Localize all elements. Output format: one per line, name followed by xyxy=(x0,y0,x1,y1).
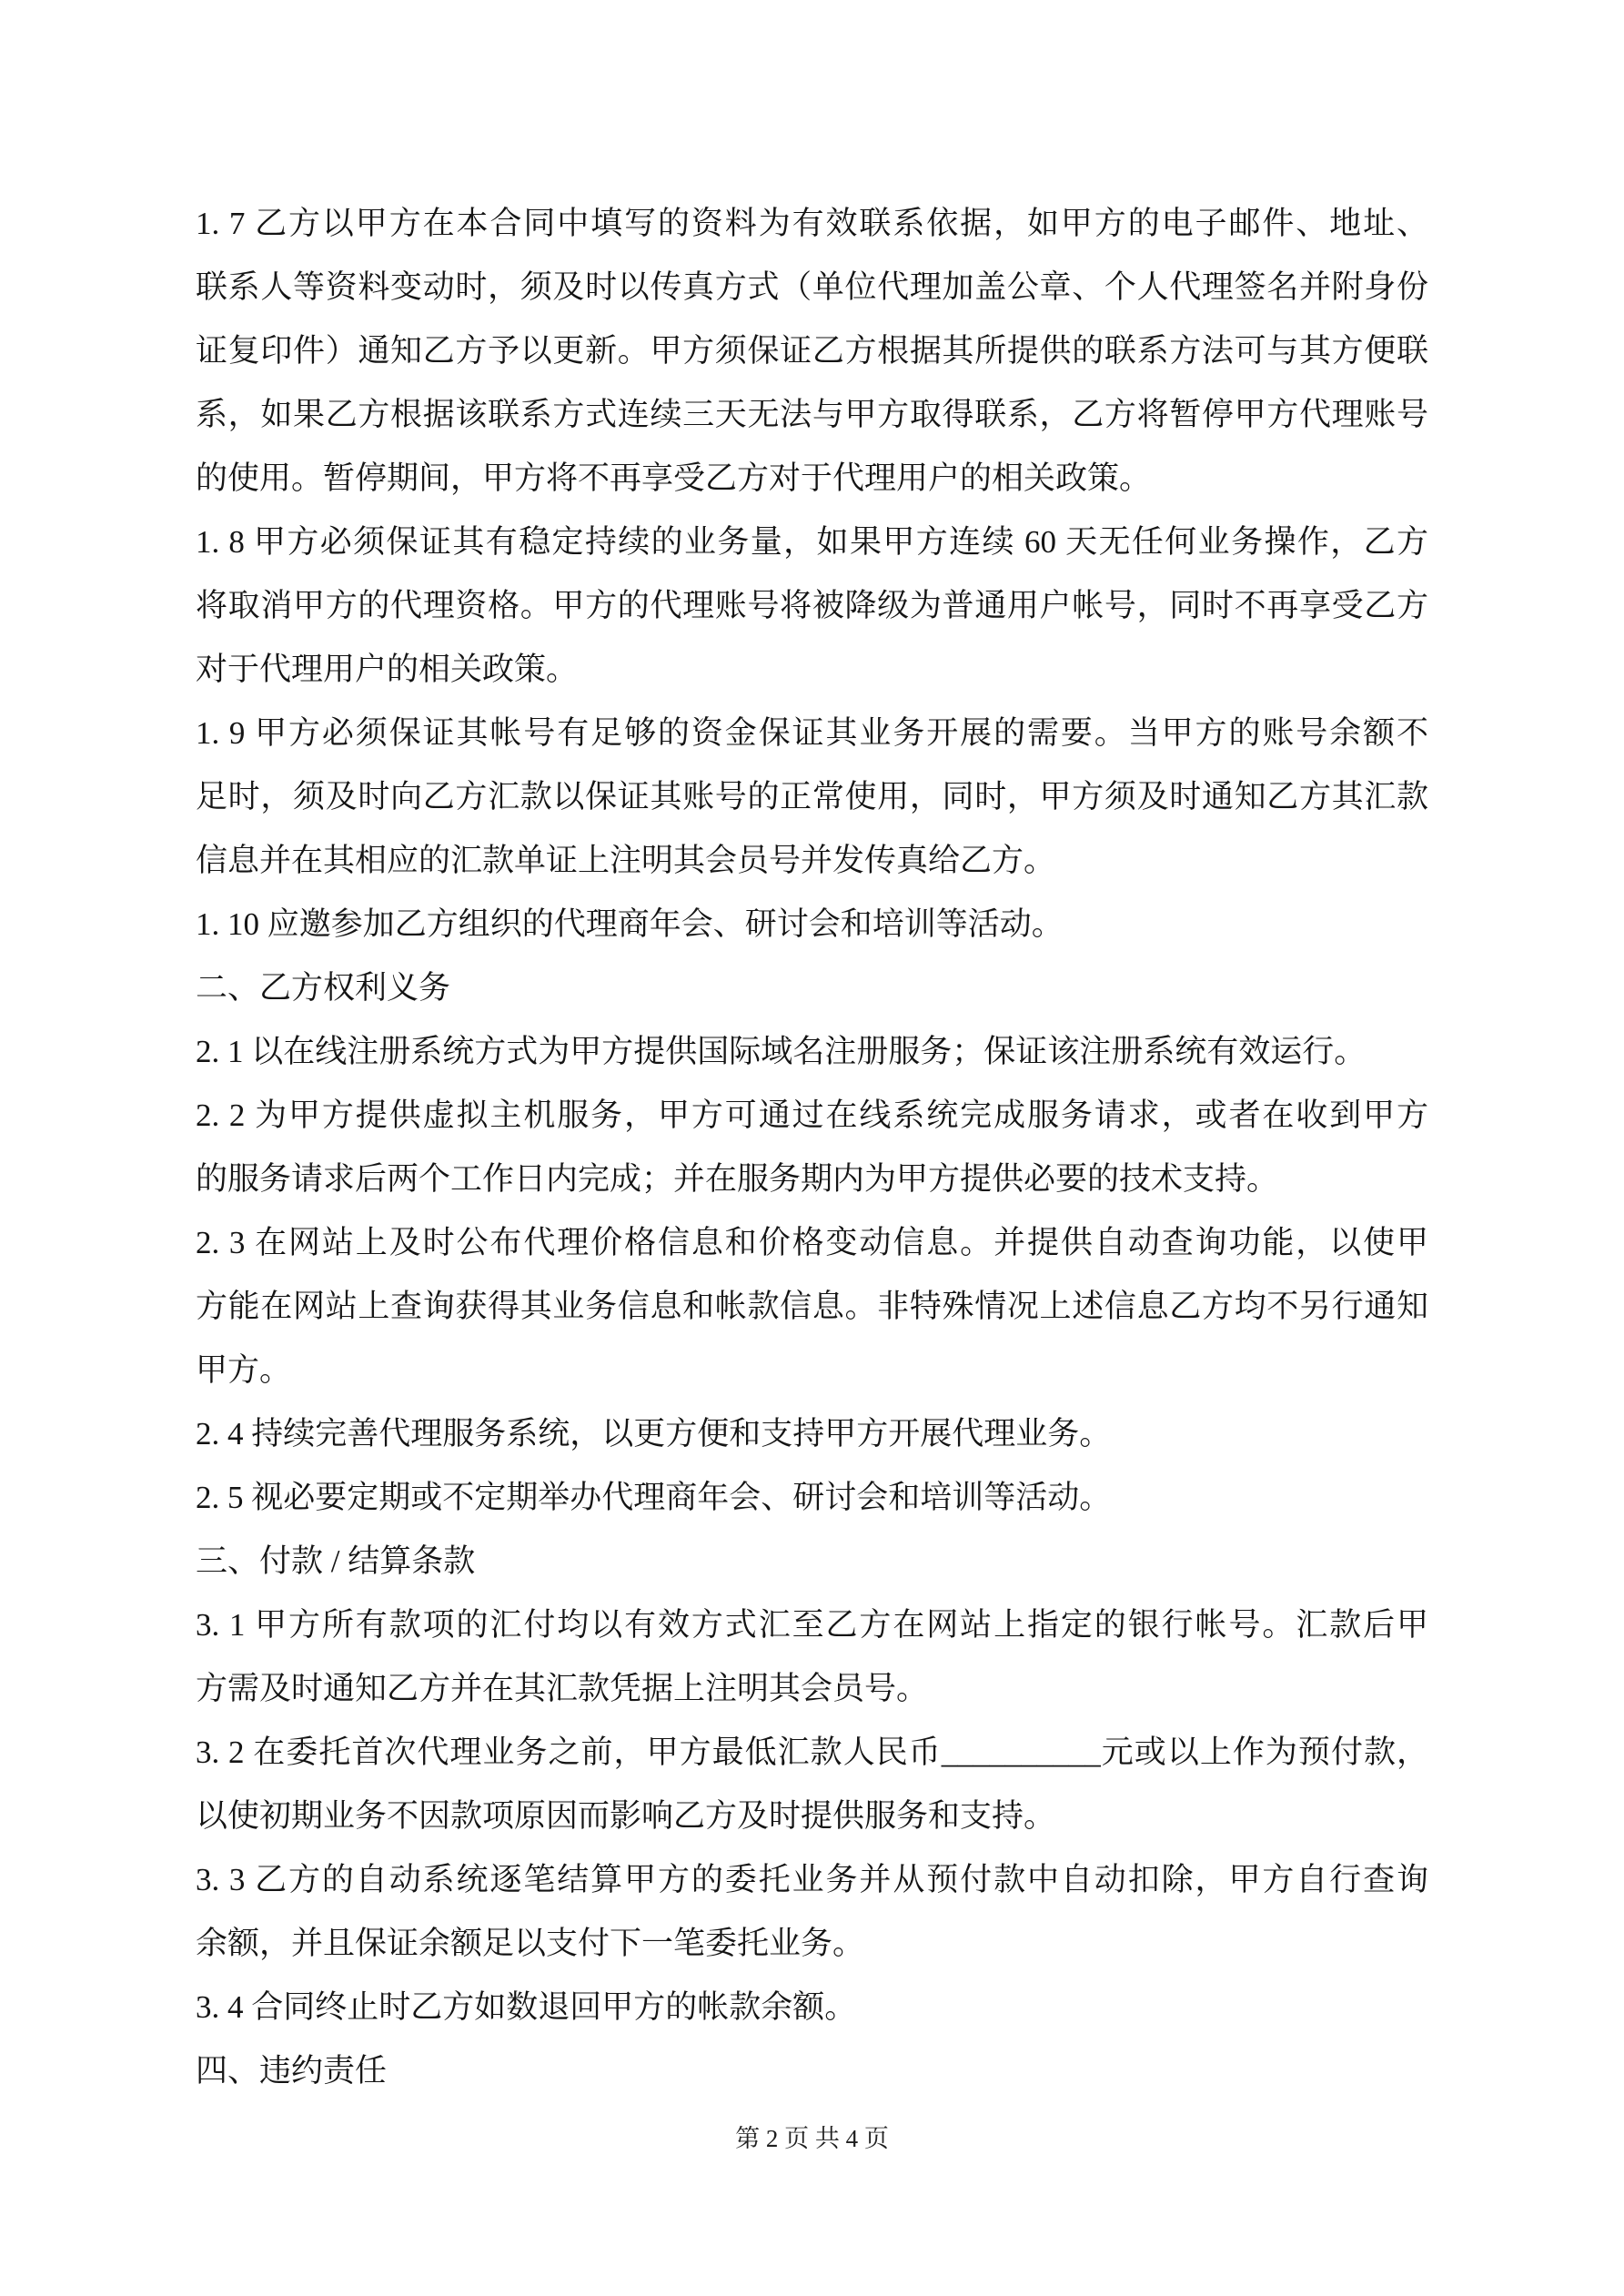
text-line: 2. 4 持续完善代理服务系统，以更方便和支持甲方开展代理业务。 xyxy=(196,1402,1428,1466)
text-line: 证复印件）通知乙方予以更新。甲方须保证乙方根据其所提供的联系方法可与其方便联 xyxy=(196,319,1428,383)
text-line: 3. 4 合同终止时乙方如数退回甲方的帐款余额。 xyxy=(196,1976,1428,2039)
clause-2-5: 2. 5 视必要定期或不定期举办代理商年会、研讨会和培训等活动。 xyxy=(196,1466,1428,1530)
clause-2-1: 2. 1 以在线注册系统方式为甲方提供国际域名注册服务；保证该注册系统有效运行。 xyxy=(196,1020,1428,1084)
text-line: 2. 5 视必要定期或不定期举办代理商年会、研讨会和培训等活动。 xyxy=(196,1466,1428,1530)
clause-1-9: 1. 9 甲方必须保证其帐号有足够的资金保证其业务开展的需要。当甲方的账号余额不… xyxy=(196,702,1428,893)
clause-3-4: 3. 4 合同终止时乙方如数退回甲方的帐款余额。 xyxy=(196,1976,1428,2039)
text-line: 2. 2 为甲方提供虚拟主机服务，甲方可通过在线系统完成服务请求，或者在收到甲方 xyxy=(196,1084,1428,1148)
clause-1-8: 1. 8 甲方必须保证其有稳定持续的业务量，如果甲方连续 60 天无任何业务操作… xyxy=(196,511,1428,702)
clause-1-7: 1. 7 乙方以甲方在本合同中填写的资料为有效联系依据，如甲方的电子邮件、地址、… xyxy=(196,192,1428,511)
text-line: 甲方。 xyxy=(196,1339,1428,1402)
clause-1-10: 1. 10 应邀参加乙方组织的代理商年会、研讨会和培训等活动。 xyxy=(196,893,1428,956)
text-line: 足时，须及时向乙方汇款以保证其账号的正常使用，同时，甲方须及时通知乙方其汇款 xyxy=(196,765,1428,829)
text-line: 3. 3 乙方的自动系统逐笔结算甲方的委托业务并从预付款中自动扣除，甲方自行查询 xyxy=(196,1848,1428,1912)
text-line: 对于代理用户的相关政策。 xyxy=(196,638,1428,702)
clause-3-3: 3. 3 乙方的自动系统逐笔结算甲方的委托业务并从预付款中自动扣除，甲方自行查询… xyxy=(196,1848,1428,1976)
clause-2-3: 2. 3 在网站上及时公布代理价格信息和价格变动信息。并提供自动查询功能，以使甲… xyxy=(196,1211,1428,1402)
text-line: 三、付款 / 结算条款 xyxy=(196,1530,1428,1593)
text-line: 联系人等资料变动时，须及时以传真方式（单位代理加盖公章、个人代理签名并附身份 xyxy=(196,256,1428,319)
clause-2-2: 2. 2 为甲方提供虚拟主机服务，甲方可通过在线系统完成服务请求，或者在收到甲方… xyxy=(196,1084,1428,1211)
text-line: 方能在网站上查询获得其业务信息和帐款信息。非特殊情况上述信息乙方均不另行通知 xyxy=(196,1275,1428,1339)
text-line: 的使用。暂停期间，甲方将不再享受乙方对于代理用户的相关政策。 xyxy=(196,447,1428,511)
text-line: 系，如果乙方根据该联系方式连续三天无法与甲方取得联系，乙方将暂停甲方代理账号 xyxy=(196,383,1428,447)
page-number-text: 第 2 页 共 4 页 xyxy=(735,2125,889,2152)
text-line: 将取消甲方的代理资格。甲方的代理账号将被降级为普通用户帐号，同时不再享受乙方 xyxy=(196,574,1428,638)
text-line: 1. 8 甲方必须保证其有稳定持续的业务量，如果甲方连续 60 天无任何业务操作… xyxy=(196,511,1428,574)
text-line: 3. 2 在委托首次代理业务之前，甲方最低汇款人民币__________元或以上… xyxy=(196,1721,1428,1785)
text-line: 1. 10 应邀参加乙方组织的代理商年会、研讨会和培训等活动。 xyxy=(196,893,1428,956)
section-heading-2: 二、乙方权利义务 xyxy=(196,956,1428,1020)
clause-3-1: 3. 1 甲方所有款项的汇付均以有效方式汇至乙方在网站上指定的银行帐号。汇款后甲… xyxy=(196,1593,1428,1721)
text-line: 二、乙方权利义务 xyxy=(196,956,1428,1020)
text-line: 2. 1 以在线注册系统方式为甲方提供国际域名注册服务；保证该注册系统有效运行。 xyxy=(196,1020,1428,1084)
text-line: 的服务请求后两个工作日内完成；并在服务期内为甲方提供必要的技术支持。 xyxy=(196,1148,1428,1211)
text-line: 2. 3 在网站上及时公布代理价格信息和价格变动信息。并提供自动查询功能，以使甲 xyxy=(196,1211,1428,1275)
text-line: 1. 9 甲方必须保证其帐号有足够的资金保证其业务开展的需要。当甲方的账号余额不 xyxy=(196,702,1428,765)
clause-3-2: 3. 2 在委托首次代理业务之前，甲方最低汇款人民币__________元或以上… xyxy=(196,1721,1428,1848)
section-heading-3: 三、付款 / 结算条款 xyxy=(196,1530,1428,1593)
contract-body: 1. 7 乙方以甲方在本合同中填写的资料为有效联系依据，如甲方的电子邮件、地址、… xyxy=(196,192,1428,2103)
text-line: 以使初期业务不因款项原因而影响乙方及时提供服务和支持。 xyxy=(196,1785,1428,1848)
text-line: 方需及时通知乙方并在其汇款凭据上注明其会员号。 xyxy=(196,1657,1428,1721)
clause-2-4: 2. 4 持续完善代理服务系统，以更方便和支持甲方开展代理业务。 xyxy=(196,1402,1428,1466)
section-heading-4: 四、违约责任 xyxy=(196,2039,1428,2103)
text-line: 3. 1 甲方所有款项的汇付均以有效方式汇至乙方在网站上指定的银行帐号。汇款后甲 xyxy=(196,1593,1428,1657)
text-line: 四、违约责任 xyxy=(196,2039,1428,2103)
text-line: 1. 7 乙方以甲方在本合同中填写的资料为有效联系依据，如甲方的电子邮件、地址、 xyxy=(196,192,1428,256)
text-line: 信息并在其相应的汇款单证上注明其会员号并发传真给乙方。 xyxy=(196,829,1428,893)
page-footer: 第 2 页 共 4 页 xyxy=(0,2122,1624,2155)
text-line: 余额，并且保证余额足以支付下一笔委托业务。 xyxy=(196,1912,1428,1976)
contract-page: 1. 7 乙方以甲方在本合同中填写的资料为有效联系依据，如甲方的电子邮件、地址、… xyxy=(0,0,1624,2296)
